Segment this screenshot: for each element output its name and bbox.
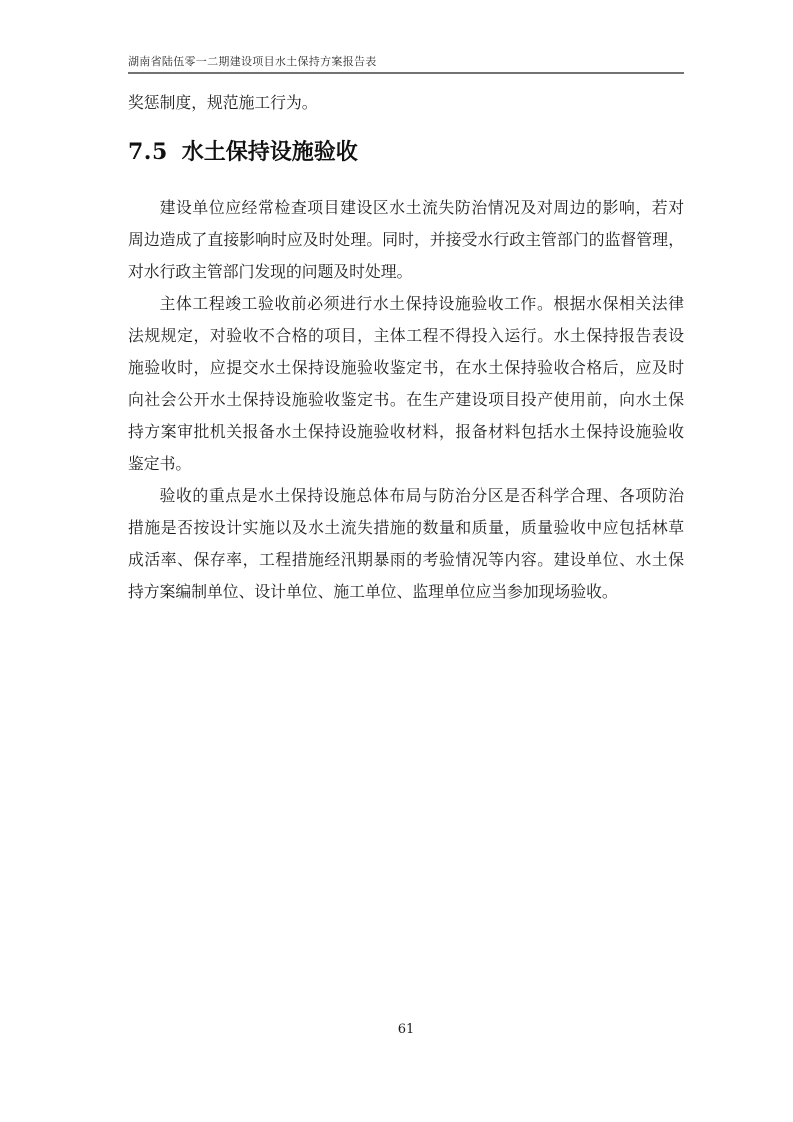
page-header: 湖南省陆伍零一二期建设项目水土保持方案报告表 xyxy=(128,55,684,74)
page-footer: 61 xyxy=(128,1022,684,1037)
paragraph-line: 主体工程竣工验收前必须进行水土保持设施验收工作。根据水保相关法律 xyxy=(128,288,684,320)
paragraph-line: 成活率、保存率，工程措施经汛期暴雨的考验情况等内容。建设单位、水土保 xyxy=(128,544,684,576)
paragraph: 验收的重点是水土保持设施总体布局与防治分区是否科学合理、各项防治 措施是否按设计… xyxy=(128,480,684,608)
paragraph-line: 措施是否按设计实施以及水土流失措施的数量和质量，质量验收中应包括林草 xyxy=(128,512,684,544)
paragraph-line: 建设单位应经常检查项目建设区水土流失防治情况及对周边的影响，若对 xyxy=(128,192,684,224)
paragraph-line: 施验收时，应提交水土保持设施验收鉴定书，在水土保持验收合格后，应及时 xyxy=(128,352,684,384)
paragraph-line: 持方案编制单位、设计单位、施工单位、监理单位应当参加现场验收。 xyxy=(128,576,684,608)
section-heading: 7.5水土保持设施验收 xyxy=(128,136,684,168)
document-page: 湖南省陆伍零一二期建设项目水土保持方案报告表 奖惩制度，规范施工行为。 7.5水… xyxy=(0,0,793,1122)
paragraph-line: 持方案审批机关报备水土保持设施验收材料，报备材料包括水土保持设施验收 xyxy=(128,416,684,448)
page-content: 奖惩制度，规范施工行为。 7.5水土保持设施验收 建设单位应经常检查项目建设区水… xyxy=(128,87,684,608)
section-title: 水土保持设施验收 xyxy=(182,139,358,165)
paragraph-line: 法规规定，对验收不合格的项目，主体工程不得投入运行。水土保持报告表设 xyxy=(128,320,684,352)
paragraph-line: 验收的重点是水土保持设施总体布局与防治分区是否科学合理、各项防治 xyxy=(128,480,684,512)
paragraph-line: 向社会公开水土保持设施验收鉴定书。在生产建设项目投产使用前，向水土保 xyxy=(128,384,684,416)
paragraph: 主体工程竣工验收前必须进行水土保持设施验收工作。根据水保相关法律 法规规定，对验… xyxy=(128,288,684,480)
paragraph-line: 周边造成了直接影响时应及时处理。同时，并接受水行政主管部门的监督管理， xyxy=(128,224,684,256)
paragraph: 建设单位应经常检查项目建设区水土流失防治情况及对周边的影响，若对 周边造成了直接… xyxy=(128,192,684,288)
section-number: 7.5 xyxy=(128,139,168,165)
paragraph-line: 鉴定书。 xyxy=(128,448,684,480)
lead-paragraph: 奖惩制度，规范施工行为。 xyxy=(128,87,684,119)
header-title: 湖南省陆伍零一二期建设项目水土保持方案报告表 xyxy=(128,55,377,68)
paragraph-line: 对水行政主管部门发现的问题及时处理。 xyxy=(128,256,684,288)
page-number: 61 xyxy=(398,1022,415,1037)
